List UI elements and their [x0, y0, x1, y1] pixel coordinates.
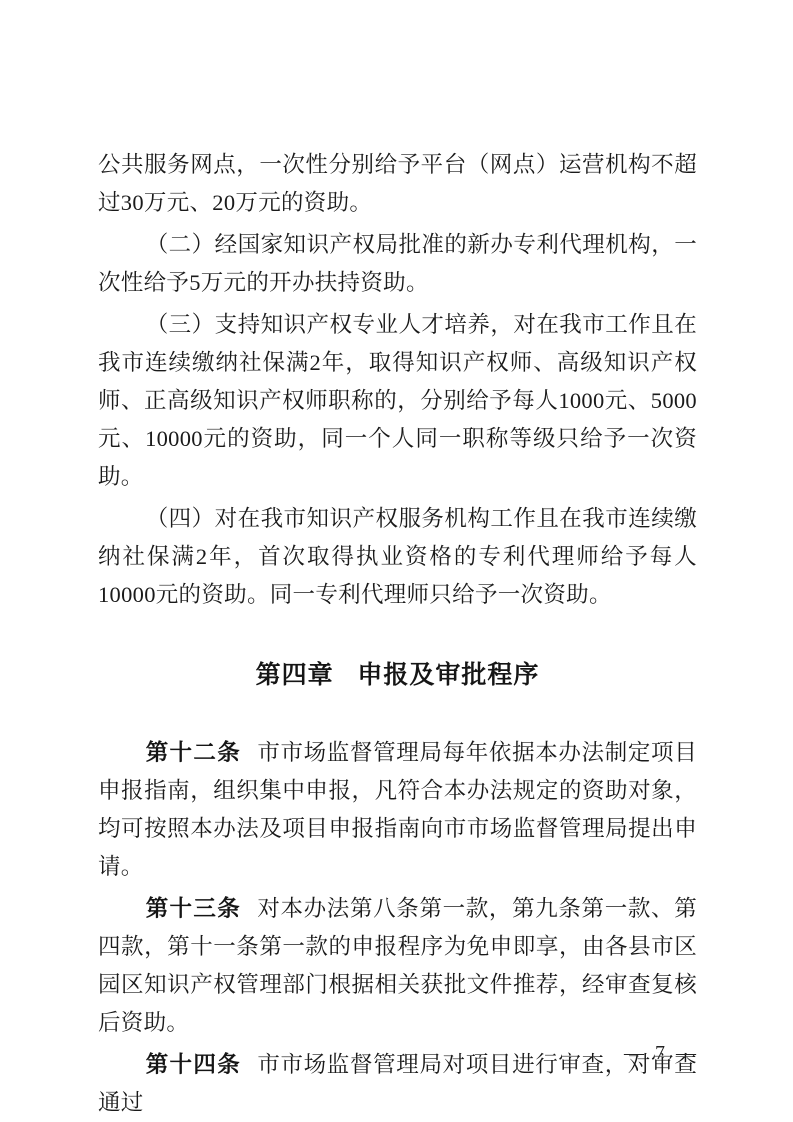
paragraph-item-4: （四）对在我市知识产权服务机构工作且在我市连续缴纳社保满2年，首次取得执业资格的… — [98, 500, 697, 614]
paragraph-item-3: （三）支持知识产权专业人才培养，对在我市工作且在我市连续缴纳社保满2年，取得知识… — [98, 306, 697, 496]
paragraph-item-2: （二）经国家知识产权局批准的新办专利代理机构，一次性给予5万元的开办扶持资助。 — [98, 226, 697, 302]
article-13-term: 第十三条 — [146, 896, 241, 921]
chapter-heading: 第四章申报及审批程序 — [98, 656, 697, 694]
article-12: 第十二条市市场监督管理局每年依据本办法制定项目申报指南，组织集中申报，凡符合本办… — [98, 734, 697, 886]
document-body: 公共服务网点，一次性分别给予平台（网点）运营机构不超过30万元、20万元的资助。… — [98, 146, 697, 1122]
chapter-number: 第四章 — [256, 661, 334, 689]
paragraph-continuation: 公共服务网点，一次性分别给予平台（网点）运营机构不超过30万元、20万元的资助。 — [98, 146, 697, 222]
article-14-term: 第十四条 — [146, 1052, 241, 1077]
chapter-title: 申报及审批程序 — [357, 661, 539, 689]
document-page: 公共服务网点，一次性分别给予平台（网点）运营机构不超过30万元、20万元的资助。… — [0, 0, 793, 1122]
article-14: 第十四条市市场监督管理局对项目进行审查，对审查通过 — [98, 1046, 697, 1122]
article-12-term: 第十二条 — [146, 740, 241, 765]
article-13: 第十三条对本办法第八条第一款，第九条第一款、第四款，第十一条第一款的申报程序为免… — [98, 890, 697, 1042]
page-number: — 7 — — [624, 1040, 699, 1066]
